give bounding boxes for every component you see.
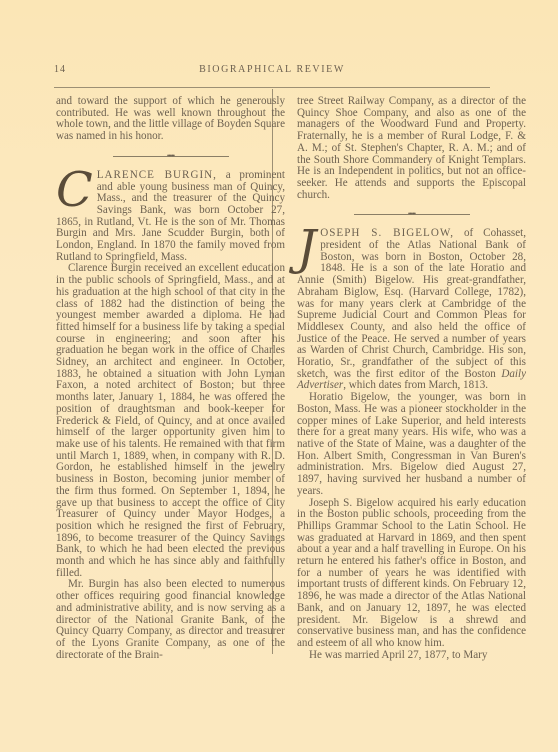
section-separator: •••••	[113, 156, 229, 157]
ornament-icon: •••••	[167, 153, 174, 160]
right-column: tree Street Railway Company, as a direct…	[297, 96, 526, 661]
dropcap-j: J	[297, 228, 316, 270]
continuation-paragraph: and toward the support of which he gener…	[56, 96, 285, 143]
bigelow-father-paragraph: Horatio Bigelow, the younger, was born i…	[297, 392, 526, 497]
bigelow-intro-text: of Cohasset, president of the Atlas Nati…	[297, 227, 526, 379]
dropcap-c: C	[56, 170, 93, 212]
section-separator: •••••	[354, 214, 470, 215]
continuation-paragraph: tree Street Railway Company, as a direct…	[297, 96, 526, 201]
bigelow-education-paragraph: Joseph S. Bigelow acquired his early edu…	[297, 498, 526, 650]
ornament-icon: •••••	[408, 211, 415, 218]
bigelow-intro-paragraph: JOSEPH S. BIGELOW, of Cohasset, presiden…	[297, 228, 526, 392]
bigelow-intro-text-end: , which dates from March, 1813.	[343, 379, 488, 391]
burgin-career-paragraph: Clarence Burgin received an excellent ed…	[56, 263, 285, 579]
left-column: and toward the support of which he gener…	[56, 96, 285, 661]
burgin-intro-paragraph: CLARENCE BURGIN, a prominent and able yo…	[56, 170, 285, 264]
page-header: 14 BIOGRAPHICAL REVIEW	[54, 64, 490, 80]
burgin-name: LARENCE BURGIN,	[97, 169, 217, 181]
bigelow-marriage-paragraph: He was married April 27, 1877, to Mary	[297, 650, 526, 662]
bigelow-name: OSEPH S. BIGELOW,	[320, 227, 454, 239]
header-rule	[54, 87, 490, 88]
burgin-offices-paragraph: Mr. Burgin has also been elected to nume…	[56, 579, 285, 661]
running-title: BIOGRAPHICAL REVIEW	[54, 64, 490, 75]
